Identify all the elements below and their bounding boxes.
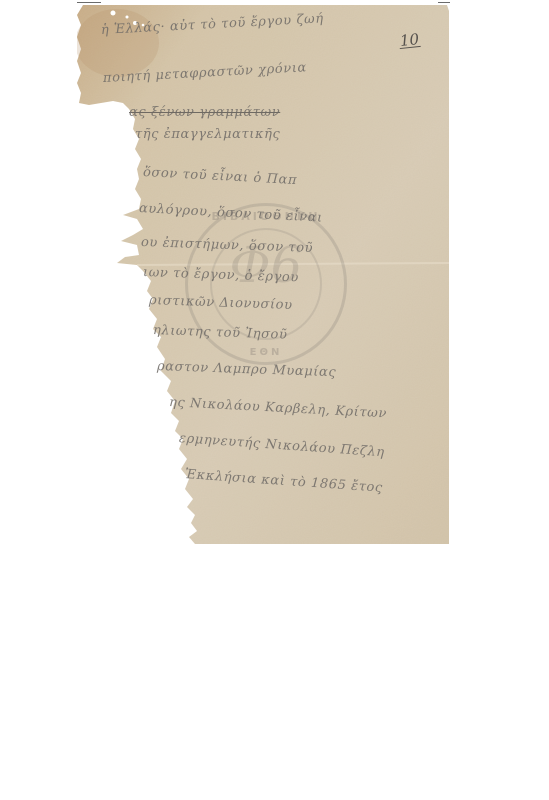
manuscript-line-struck: ας ξένων γραμμάτων — [129, 105, 280, 120]
scan-background: ΒΙΒΛΙΟΘΗΚΗ Φ6 ΕΘΝ 10 ἡ Ἑλλάς· αὐτ τὸ τοῦ… — [0, 0, 549, 800]
manuscript-line: τῆς ἐπαγγελματικῆς — [135, 127, 280, 142]
stamp-bottom-text: ΕΘΝ — [188, 347, 344, 358]
manuscript-page: ΒΙΒΛΙΟΘΗΚΗ Φ6 ΕΘΝ 10 ἡ Ἑλλάς· αὐτ τὸ τοῦ… — [77, 3, 449, 544]
page-number: 10 — [398, 32, 421, 49]
